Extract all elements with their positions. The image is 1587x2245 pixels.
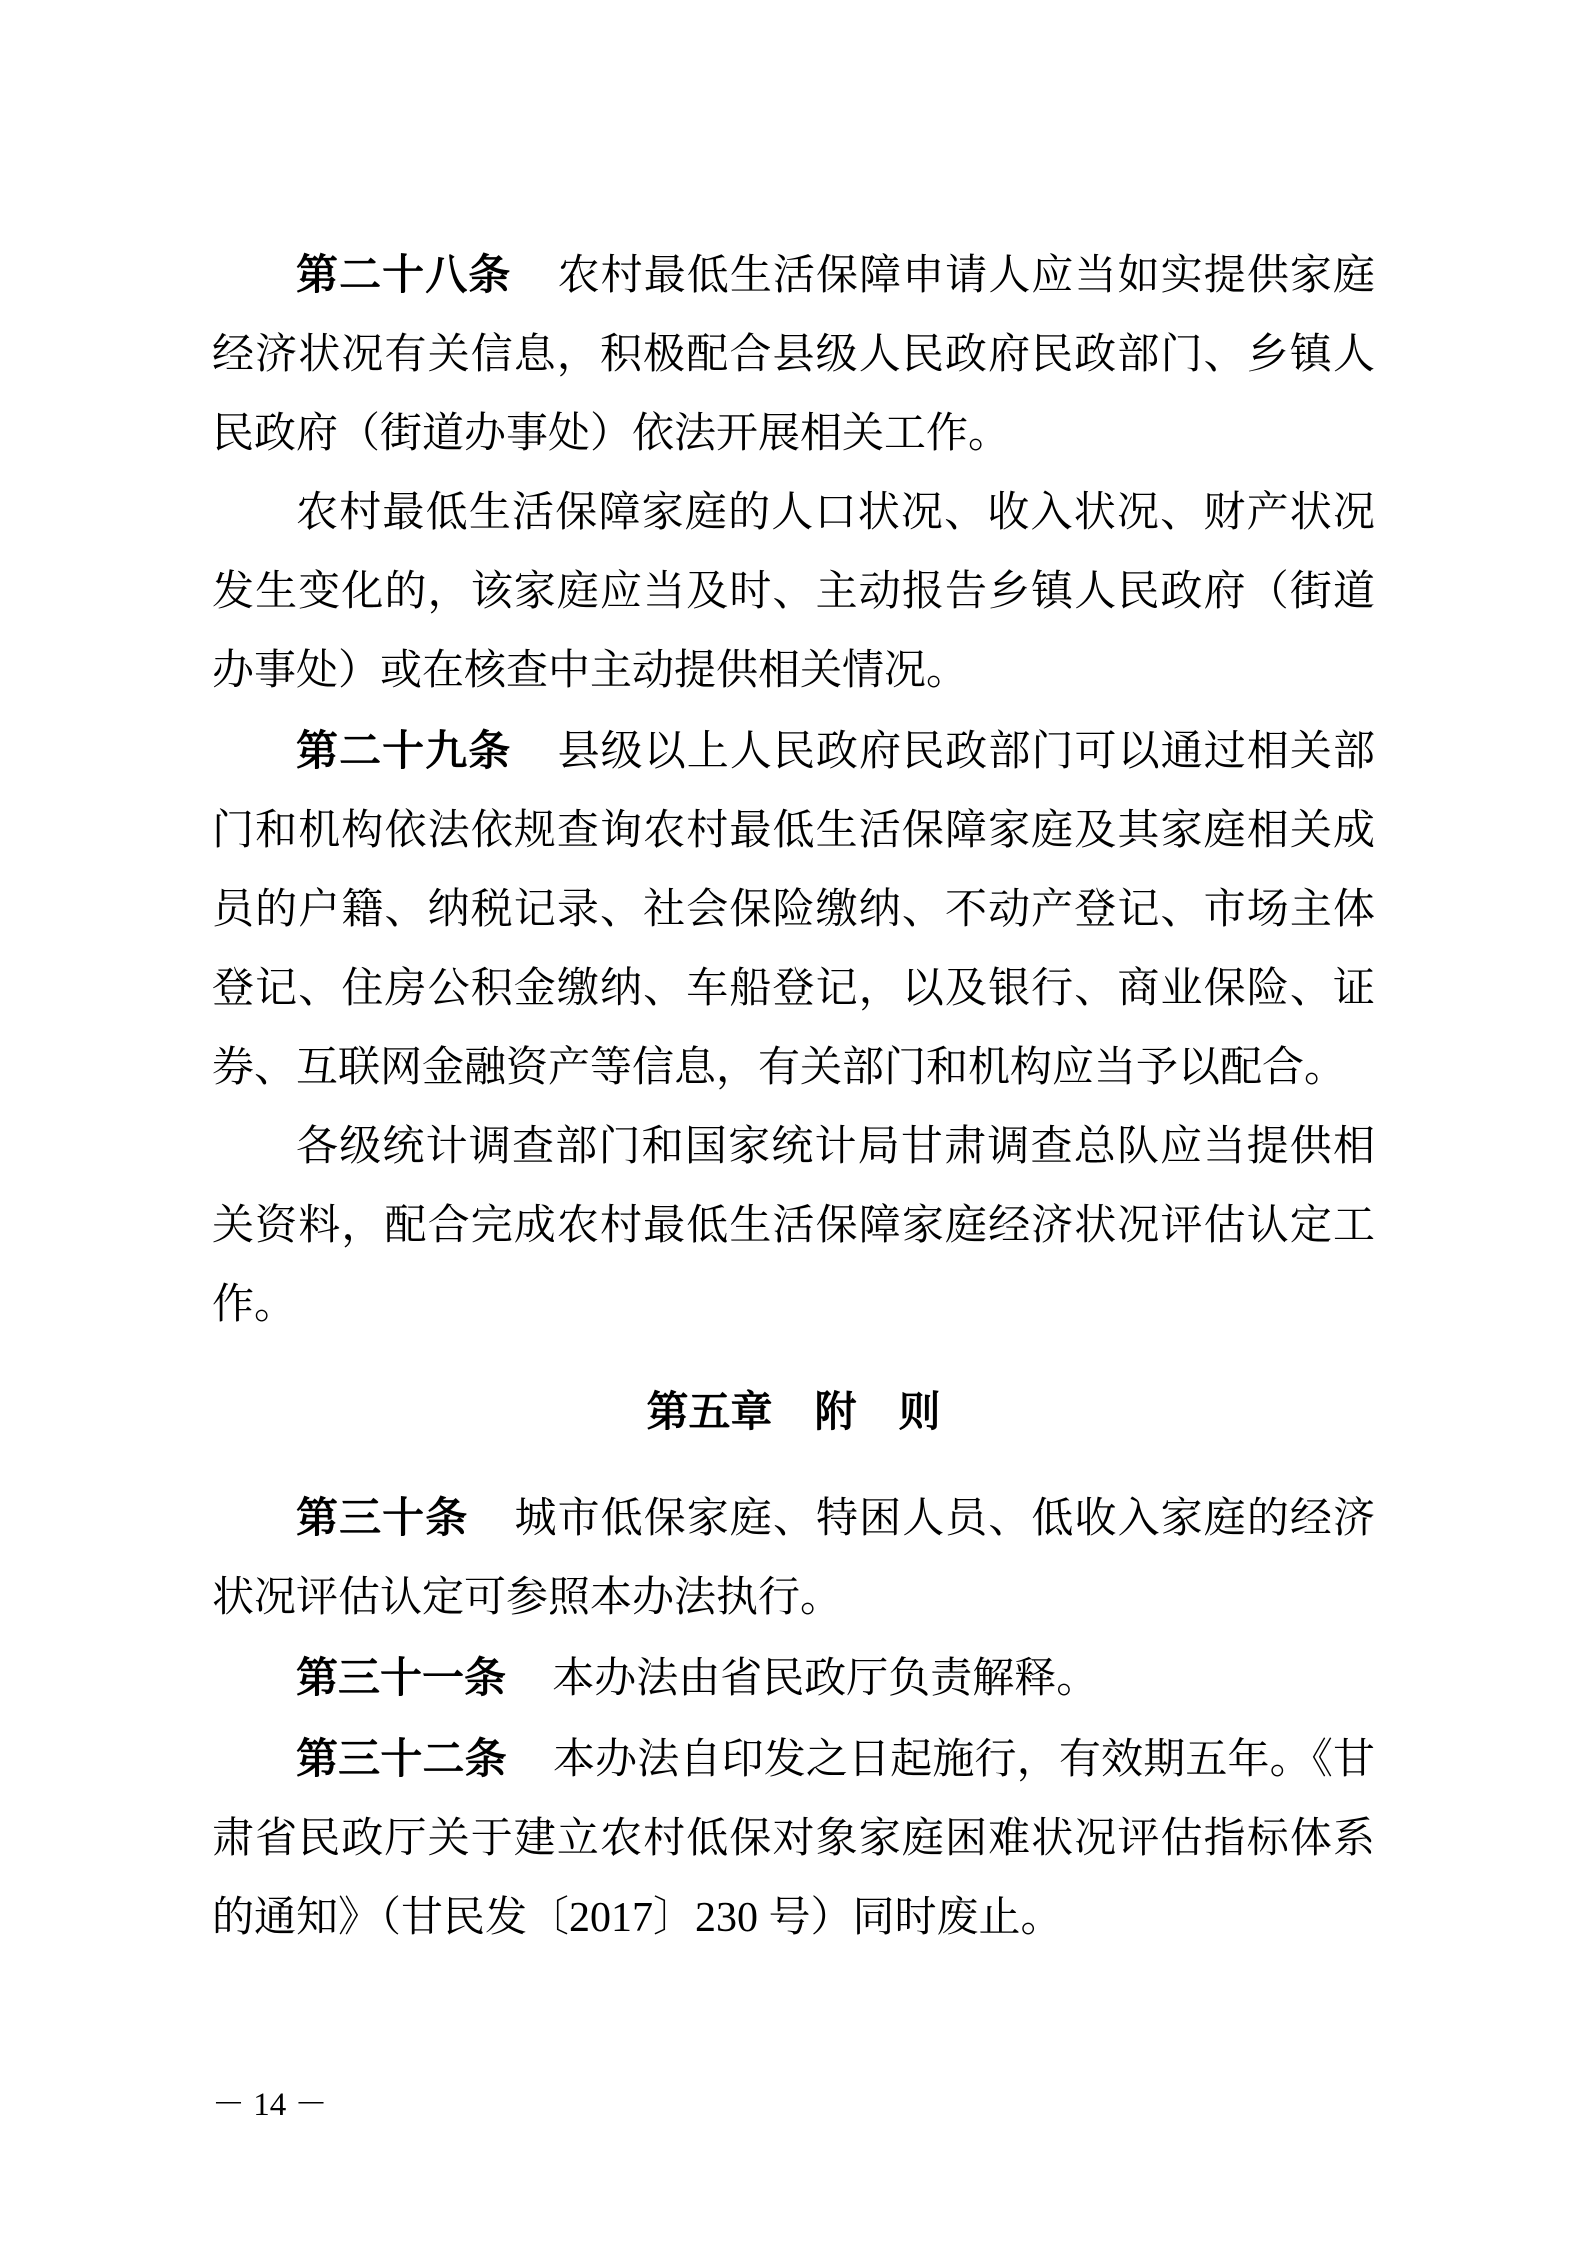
paragraph-text: 各级统计调查部门和国家统计局甘肃调查总队应当提供相关资料，配合完成农村最低生活保… [212, 1124, 1375, 1328]
article-number-label: 第二十九条 [296, 727, 511, 774]
paragraph-text: 县级以上人民政府民政部门可以通过相关部门和机构依法依规查询农村最低生活保障家庭及… [212, 729, 1375, 1091]
article-number-label: 第三十条 [296, 1494, 468, 1541]
paragraph-text: 本办法由省民政厅负责解释。 [552, 1656, 1098, 1702]
document-body: 第二十八条农村最低生活保障申请人应当如实提供家庭经济状况有关信息，积极配合县级人… [212, 235, 1375, 1958]
paragraph: 第三十二条本办法自印发之日起施行，有效期五年。《甘肃省民政厅关于建立农村低保对象… [212, 1719, 1375, 1958]
paragraph: 农村最低生活保障家庭的人口状况、收入状况、财产状况发生变化的，该家庭应当及时、主… [212, 474, 1375, 711]
paragraph: 各级统计调查部门和国家统计局甘肃调查总队应当提供相关资料，配合完成农村最低生活保… [212, 1108, 1375, 1345]
paragraph: 第三十一条本办法由省民政厅负责解释。 [212, 1638, 1375, 1719]
document-page: 第二十八条农村最低生活保障申请人应当如实提供家庭经济状况有关信息，积极配合县级人… [0, 0, 1587, 2245]
paragraph: 第三十条城市低保家庭、特困人员、低收入家庭的经济状况评估认定可参照本办法执行。 [212, 1478, 1375, 1638]
article-number-label: 第三十二条 [296, 1735, 507, 1782]
paragraph-text: 农村最低生活保障家庭的人口状况、收入状况、财产状况发生变化的，该家庭应当及时、主… [212, 490, 1375, 694]
paragraph: 第二十八条农村最低生活保障申请人应当如实提供家庭经济状况有关信息，积极配合县级人… [212, 235, 1375, 474]
page-number: － 14 － [212, 2085, 328, 2125]
chapter-heading: 第五章 附 则 [212, 1372, 1375, 1451]
article-number-label: 第三十一条 [296, 1654, 506, 1701]
paragraph: 第二十九条县级以上人民政府民政部门可以通过相关部门和机构依法依规查询农村最低生活… [212, 711, 1375, 1108]
article-number-label: 第二十八条 [296, 251, 511, 298]
